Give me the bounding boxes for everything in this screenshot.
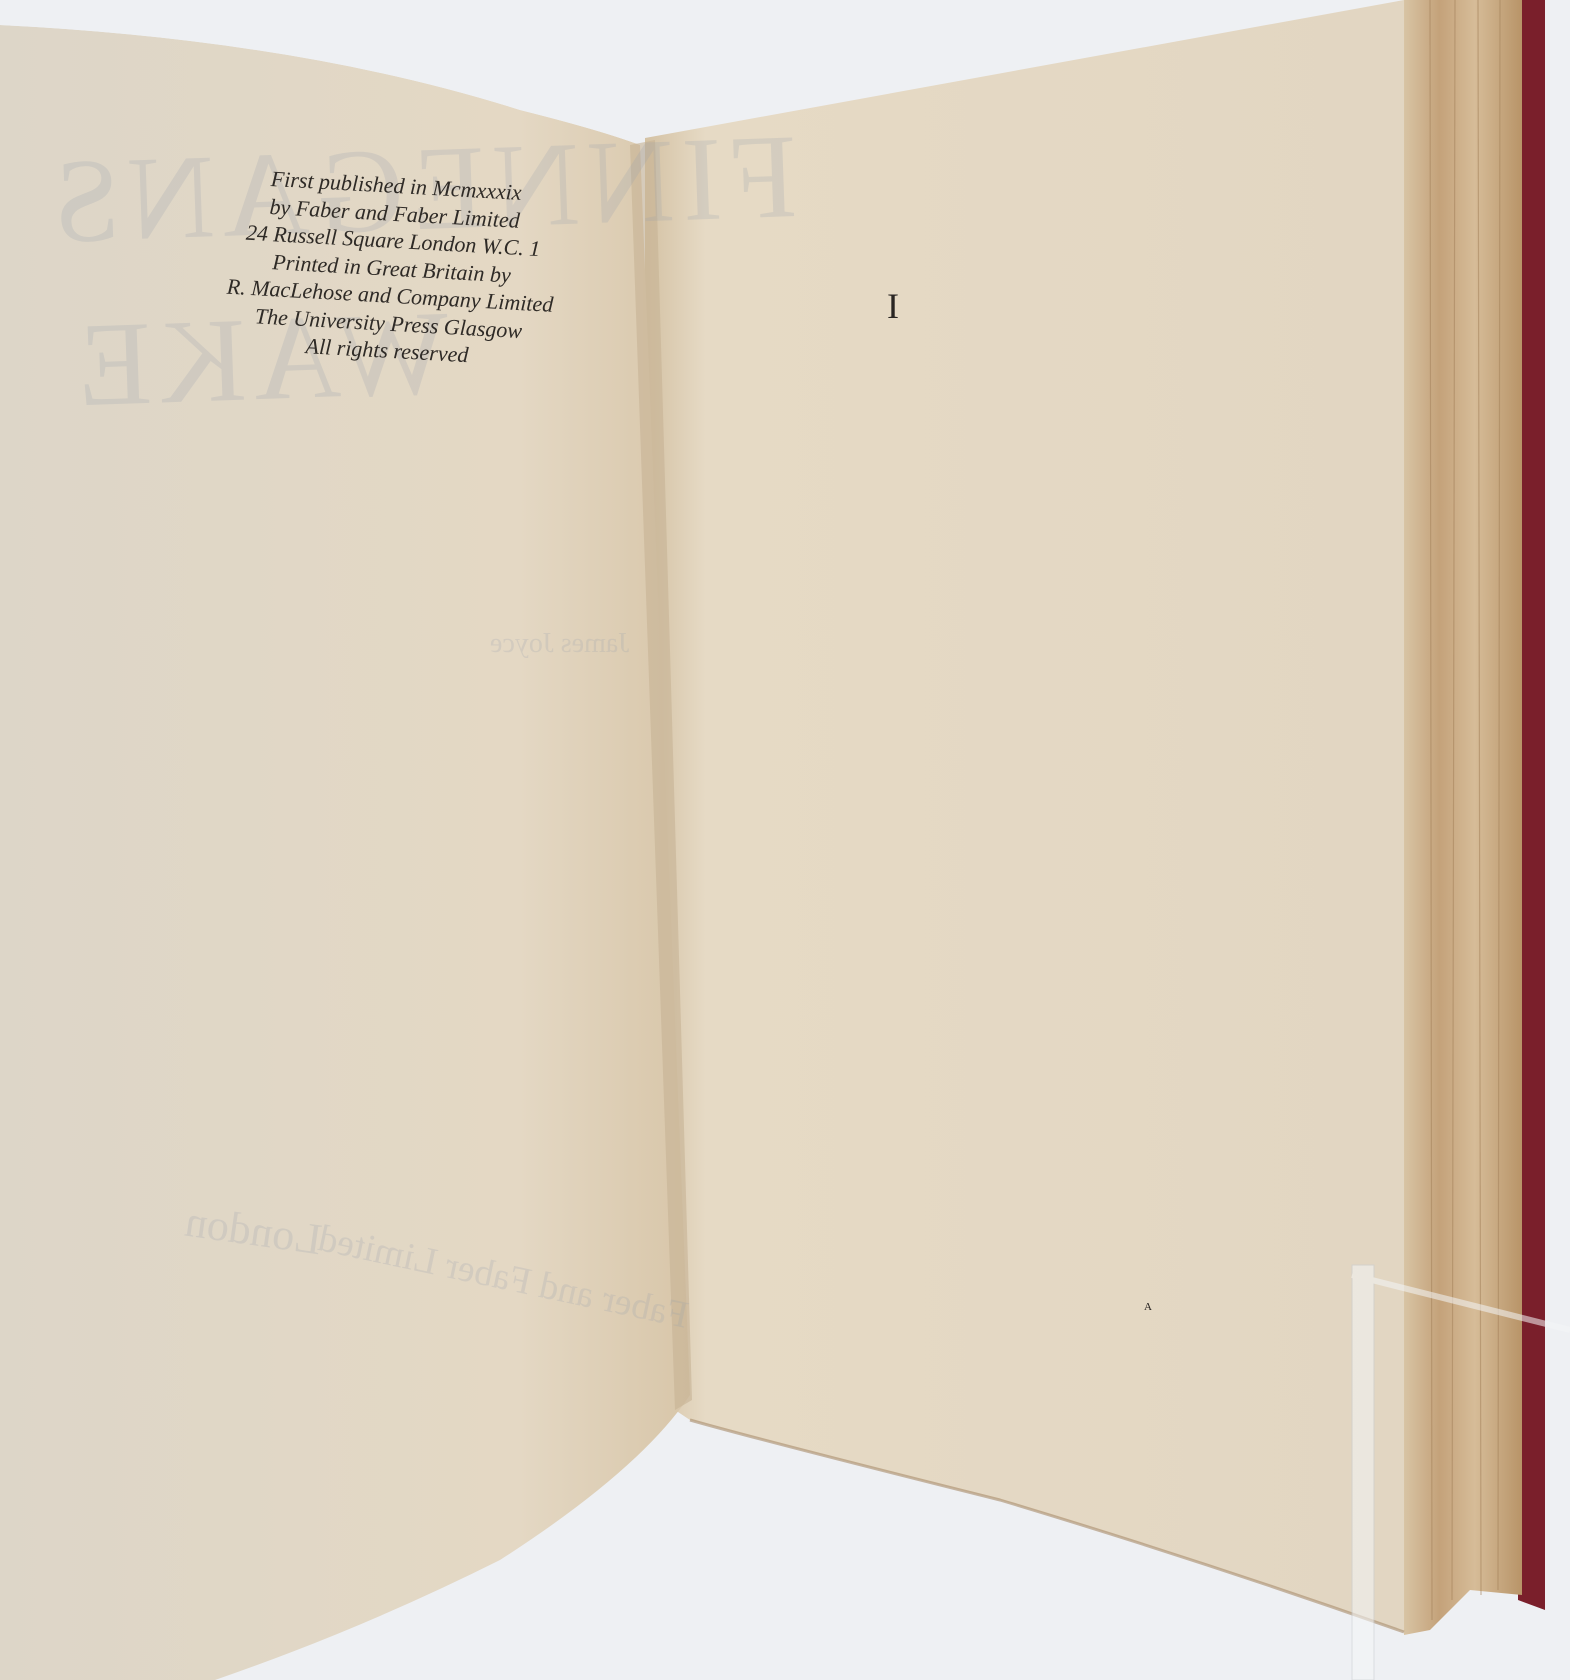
- part-numeral: I: [887, 285, 899, 327]
- show-through-author: James Joyce: [490, 628, 629, 660]
- signature-mark: A: [1144, 1301, 1152, 1313]
- page-edges: [1404, 0, 1522, 1635]
- imprint-block: First published in Mcmxxxix by Faber and…: [222, 163, 562, 374]
- book-cover: [1518, 0, 1545, 1610]
- book-photo: FINNEGANS WAKE James Joyce London Faber …: [0, 0, 1570, 1680]
